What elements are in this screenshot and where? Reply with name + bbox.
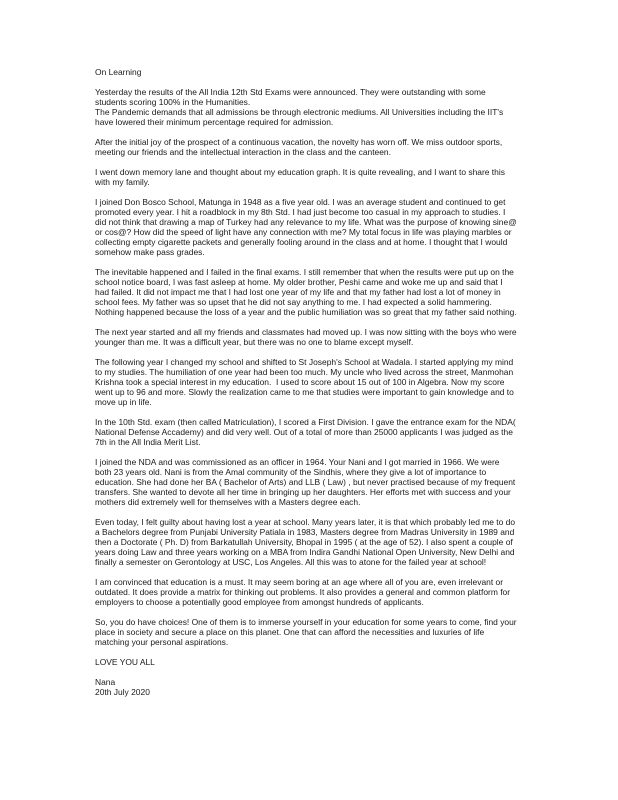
text-line: school fees. My father was so upset that…	[95, 297, 535, 307]
text-line: After the initial joy of the prospect of…	[95, 137, 535, 147]
text-line: Nothing happened because the loss of a y…	[95, 307, 535, 317]
text-line: I am convinced that education is a must.…	[95, 577, 535, 587]
text-line: went up to 96 and more. Slowly the reali…	[95, 387, 535, 397]
text-line: promoted every year. I hit a roadblock i…	[95, 207, 535, 217]
text-line: years doing Law and three years working …	[95, 547, 535, 557]
text-line: Krishna took a special interest in my ed…	[95, 377, 535, 387]
text-line: matching your personal aspirations.	[95, 637, 535, 647]
text-line: The following year I changed my school a…	[95, 357, 535, 367]
text-line: somehow make pass grades.	[95, 247, 535, 257]
text-line: transfers. She wanted to devote all her …	[95, 487, 535, 497]
text-line: to my studies. The humiliation of one ye…	[95, 367, 535, 377]
document-title-block: On Learning	[95, 67, 535, 77]
text-line: have lowered their minimum percentage re…	[95, 117, 535, 127]
text-line: The inevitable happened and I failed in …	[95, 267, 535, 277]
text-line: outdated. It does provide a matrix for t…	[95, 587, 535, 597]
text-line: So, you do have choices! One of them is …	[95, 617, 535, 627]
text-line: had failed. It did not impact me that I …	[95, 287, 535, 297]
text-line: Even today, I felt guilty about having l…	[95, 517, 535, 527]
paragraph-vacation: After the initial joy of the prospect of…	[95, 137, 535, 157]
text-line: both 23 years old. Nani is from the Amal…	[95, 467, 535, 477]
text-line: place in society and secure a place on t…	[95, 627, 535, 637]
text-line: 7th in the All India Merit List.	[95, 437, 535, 447]
document-title: On Learning	[95, 67, 535, 77]
text-line: National Defense Accademy) and did very …	[95, 427, 535, 437]
text-line: finally a semester on Gerontology at USC…	[95, 557, 535, 567]
text-line: with my family.	[95, 177, 535, 187]
signature-name: Nana	[95, 677, 535, 687]
text-line: I joined Don Bosco School, Matunga in 19…	[95, 197, 535, 207]
text-line: collecting empty cigarette packets and g…	[95, 237, 535, 247]
text-line: I joined the NDA and was commissioned as…	[95, 457, 535, 467]
text-line: younger than me. It was a difficult year…	[95, 337, 535, 347]
text-line: students scoring 100% in the Humanities.	[95, 97, 535, 107]
signature-block: Nana 20th July 2020	[95, 677, 535, 697]
text-line: then a Doctorate ( Ph. D) from Barkatull…	[95, 537, 535, 547]
text-line: move up in life.	[95, 397, 535, 407]
text-line: LOVE YOU ALL	[95, 657, 535, 667]
text-line: In the 10th Std. exam (then called Matri…	[95, 417, 535, 427]
paragraph-education-must: I am convinced that education is a must.…	[95, 577, 535, 607]
paragraph-nda-marriage: I joined the NDA and was commissioned as…	[95, 457, 535, 507]
closing-line: LOVE YOU ALL	[95, 657, 535, 667]
document-page: On Learning Yesterday the results of the…	[95, 67, 535, 697]
text-line: The next year started and all my friends…	[95, 327, 535, 337]
text-line: did not think that drawing a map of Turk…	[95, 217, 535, 227]
text-line: Yesterday the results of the All India 1…	[95, 87, 535, 97]
signature-date: 20th July 2020	[95, 687, 535, 697]
paragraph-degrees: Even today, I felt guilty about having l…	[95, 517, 535, 567]
text-line: employers to choose a potentially good e…	[95, 597, 535, 607]
text-line: or cos@? How did the speed of light have…	[95, 227, 535, 237]
text-line: a Bachelors degree from Punjabi Universi…	[95, 527, 535, 537]
paragraph-st-josephs: The following year I changed my school a…	[95, 357, 535, 407]
paragraph-don-bosco: I joined Don Bosco School, Matunga in 19…	[95, 197, 535, 257]
paragraph-memory-lane: I went down memory lane and thought abou…	[95, 167, 535, 187]
text-line: meeting our friends and the intellectual…	[95, 147, 535, 157]
paragraph-next-year: The next year started and all my friends…	[95, 327, 535, 347]
paragraph-results-announcement: Yesterday the results of the All India 1…	[95, 87, 535, 127]
paragraph-matriculation: In the 10th Std. exam (then called Matri…	[95, 417, 535, 447]
paragraph-choices: So, you do have choices! One of them is …	[95, 617, 535, 647]
text-line: I went down memory lane and thought abou…	[95, 167, 535, 177]
text-line: education. She had done her BA ( Bachelo…	[95, 477, 535, 487]
text-line: mothers did extremely well for themselve…	[95, 497, 535, 507]
text-line: The Pandemic demands that all admissions…	[95, 107, 535, 117]
paragraph-failed-exams: The inevitable happened and I failed in …	[95, 267, 535, 317]
text-line: school notice board, I was fast asleep a…	[95, 277, 535, 287]
